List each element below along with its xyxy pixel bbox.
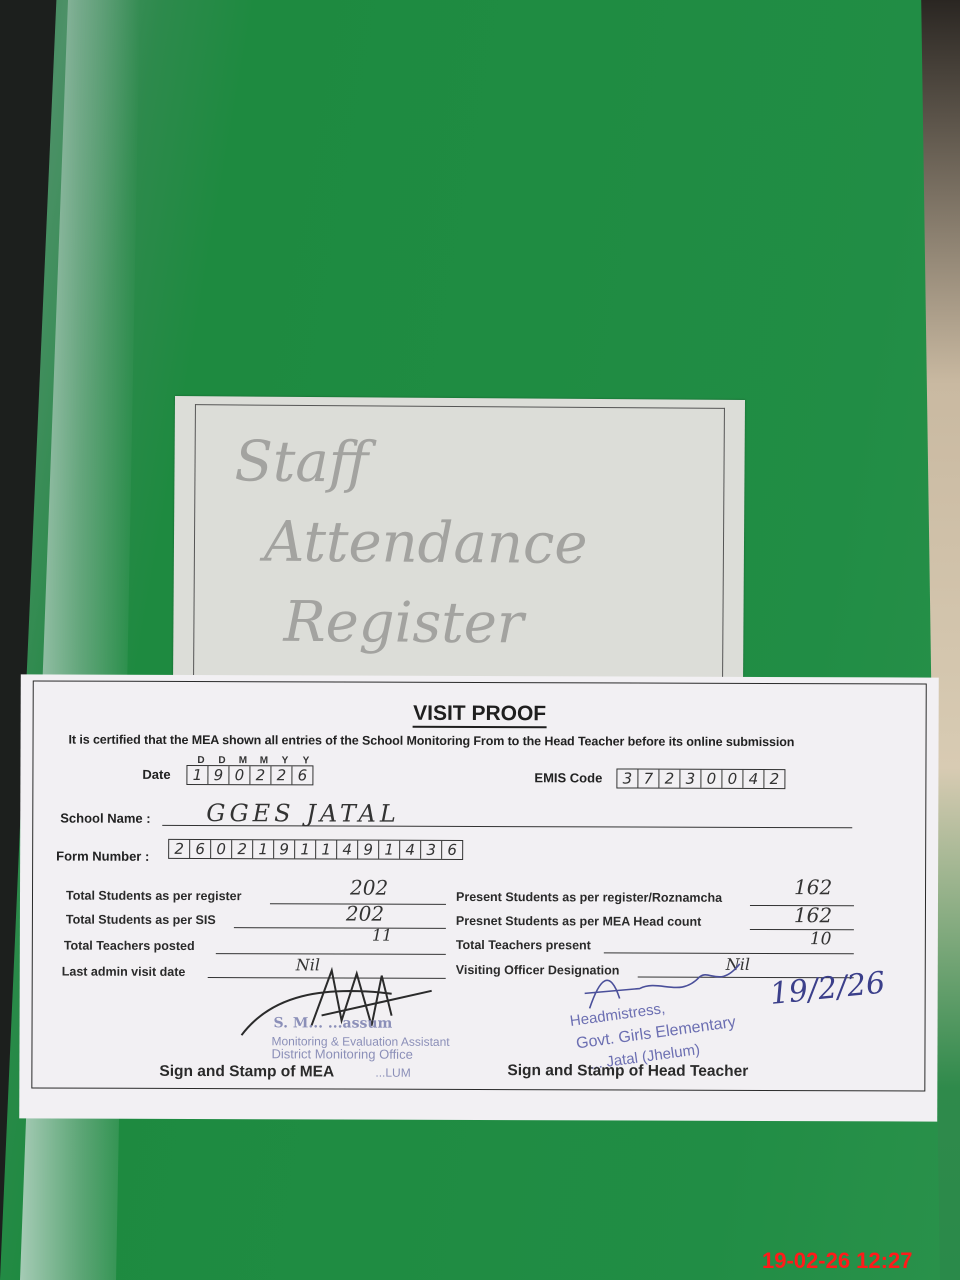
present-students-register-value: 162 (794, 875, 832, 899)
total-teachers-posted-label: Total Teachers posted (64, 939, 195, 953)
head-teacher-sign-label: Sign and Stamp of Head Teacher (507, 1062, 748, 1081)
form-number-label: Form Number : (56, 849, 149, 864)
total-students-register-value: 202 (350, 876, 388, 900)
form-number-boxes: 2 6 0 2 1 9 1 1 4 9 1 4 3 6 (168, 839, 463, 860)
visit-proof-slip: VISIT PROOF It is certified that the MEA… (19, 674, 939, 1121)
emis-code-boxes: 3 7 2 3 0 0 4 2 (616, 768, 785, 789)
cover-label-line-2: Attendance (264, 515, 588, 573)
school-name-label: School Name : (60, 811, 150, 826)
certification-text: It is certified that the MEA shown all e… (69, 733, 795, 750)
school-name-value: GGES JATAL (206, 799, 400, 828)
present-students-register-label: Present Students as per register/Roznamc… (456, 890, 722, 905)
camera-timestamp: 19-02-26 12:27 (762, 1248, 912, 1274)
last-admin-visit-label: Last admin visit date (62, 965, 186, 979)
date-boxes: 1 9 0 2 2 6 (186, 765, 313, 785)
total-teachers-present-label: Total Teachers present (456, 938, 591, 952)
mea-stamp-line-3: District Monitoring Office (271, 1047, 412, 1060)
cover-label-line-1: Staff (234, 434, 368, 491)
mea-sign-label: Sign and Stamp of MEA (159, 1063, 334, 1082)
mea-stamp-line-1: S. M... ...assum (274, 1017, 393, 1030)
cover-label: Staff Attendance Register (173, 396, 745, 690)
present-students-mea-label: Presnet Students as per MEA Head count (456, 914, 701, 929)
total-students-register-label: Total Students as per register (66, 889, 242, 904)
date-label: Date (142, 767, 170, 782)
mea-stamp-line-4: ...LUM (375, 1067, 410, 1080)
total-students-sis-label: Total Students as per SIS (66, 913, 216, 928)
emis-code-label: EMIS Code (534, 770, 602, 785)
total-students-sis-value: 202 (346, 902, 384, 926)
total-teachers-present-value: 10 (810, 929, 832, 949)
cover-label-line-3: Register (283, 595, 524, 653)
slip-title: VISIT PROOF (21, 700, 939, 727)
total-teachers-posted-value: 11 (372, 926, 392, 945)
present-students-mea-value: 162 (794, 903, 832, 927)
